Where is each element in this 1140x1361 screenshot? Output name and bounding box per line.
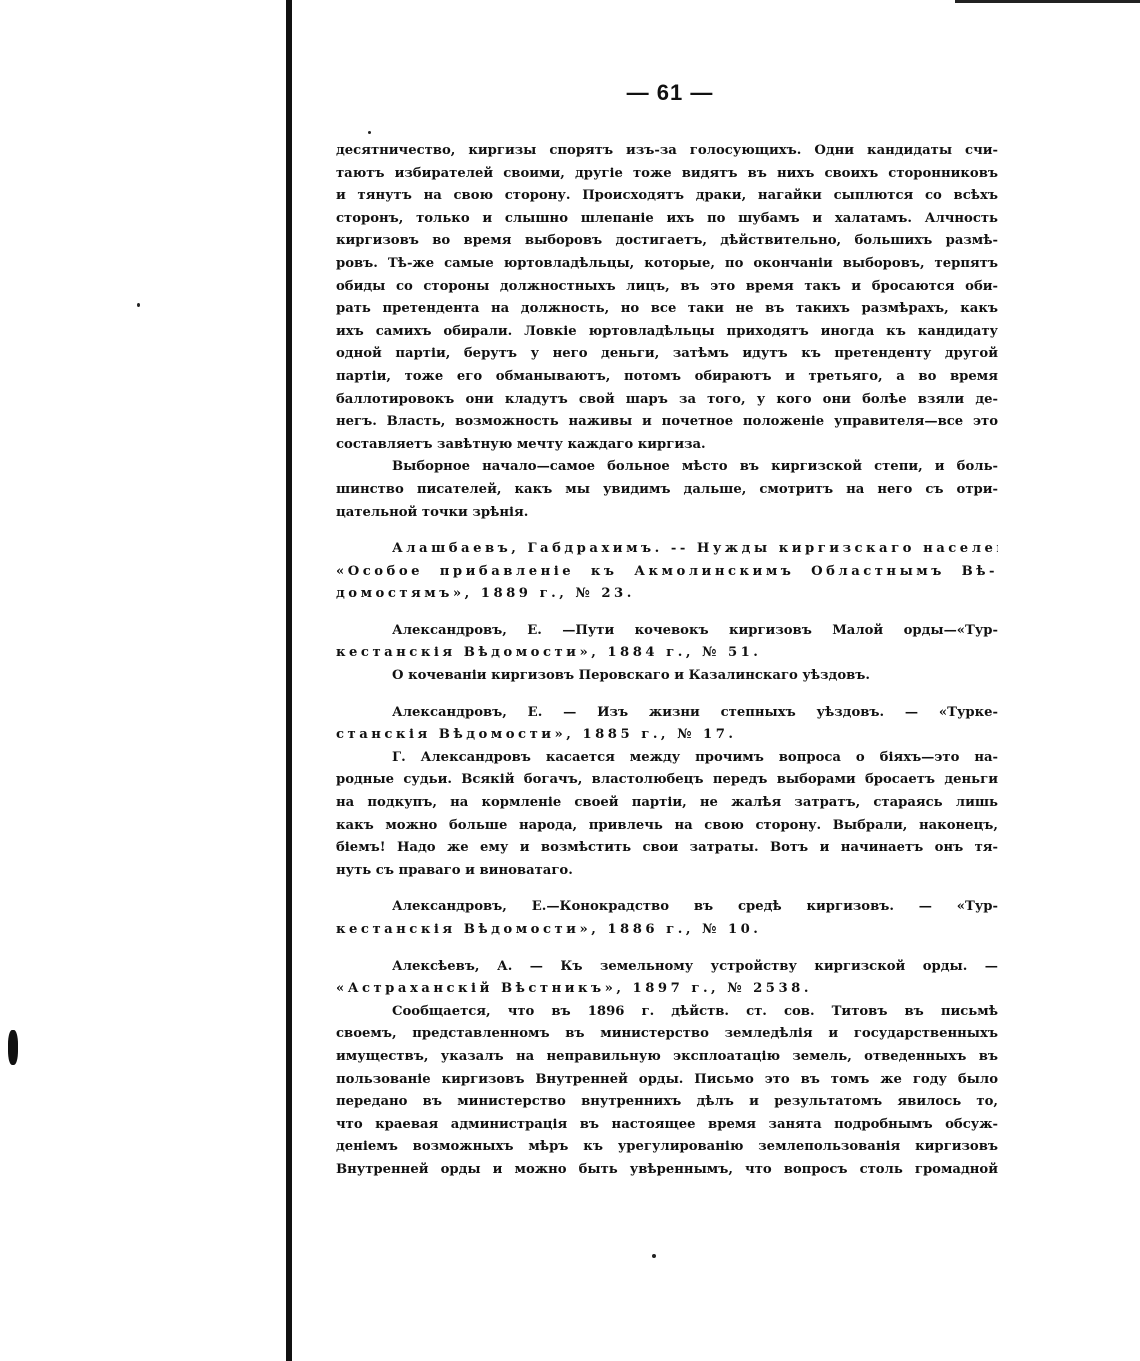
entry-annotation-line: О кочеваніи киргизовъ Перовскаго и Казал… <box>336 665 998 688</box>
text-line: Выборное начало—самое больное мѣсто въ к… <box>336 456 998 479</box>
entry-annotation-line: своемъ, представленномъ въ министерство … <box>336 1023 998 1046</box>
text-line: партіи, тоже его обманываютъ, потомъ оби… <box>336 366 998 389</box>
scan-speck <box>652 1254 656 1258</box>
page-number: — 61 — <box>560 80 780 106</box>
entry-annotation-line: родные судьи. Всякій богачъ, властолюбец… <box>336 769 998 792</box>
entry-annotation-line: что краевая администрація въ настоящее в… <box>336 1114 998 1137</box>
text-line: сторонъ, только и слышно шлепаніе ихъ по… <box>336 208 998 231</box>
entry-heading-line: Алашбаевъ, Габдрахимъ. -- Нужды киргизск… <box>336 538 998 561</box>
text-line: киргизовъ во время выборовъ достигаетъ, … <box>336 230 998 253</box>
entry-annotation-line: какъ можно больше народа, привлечь на св… <box>336 815 998 838</box>
text-line: составляетъ завѣтную мечту каждаго кирги… <box>336 434 998 457</box>
text-line: рать претендента на должность, но все та… <box>336 298 998 321</box>
entry-annotation-line: имуществъ, указалъ на неправильную экспл… <box>336 1046 998 1069</box>
entry-annotation-line: нуть съ праваго и виноватаго. <box>336 860 998 883</box>
bibliography-entry-aleksandrov-1886: Александровъ, Е.—Конокрадство въ средѣ к… <box>336 896 998 941</box>
entry-annotation-line: на подкупъ, на кормленіе своей партіи, н… <box>336 792 998 815</box>
entry-source-line: «Астраханскій Вѣстникъ», 1897 г., № 2538… <box>336 978 998 1001</box>
entry-source-line: «Особое прибавленіе къ Акмолинскимъ Обла… <box>336 561 998 584</box>
entry-source-line: кестанскія Вѣдомости», 1884 г., № 51. <box>336 642 998 665</box>
entry-heading-line: Алексѣевъ, А. — Къ земельному устройству… <box>336 956 998 979</box>
text-line: десятничество, киргизы спорятъ изъ-за го… <box>336 140 998 163</box>
entry-annotation-line: Сообщается, что въ 1896 г. дѣйств. ст. с… <box>336 1001 998 1024</box>
text-line: шинство писателей, какъ мы увидимъ дальш… <box>336 479 998 502</box>
bibliography-entry-alashbaev: Алашбаевъ, Габдрахимъ. -- Нужды киргизск… <box>336 538 998 606</box>
ink-blot <box>8 1030 18 1065</box>
text-line: ихъ самихъ обирали. Ловкіе юртовладѣльцы… <box>336 321 998 344</box>
page-body: десятничество, киргизы спорятъ изъ-за го… <box>336 140 998 1182</box>
entry-annotation-line: пользованіе киргизовъ Внутренней орды. П… <box>336 1069 998 1092</box>
entry-annotation-line: передано въ министерство внутреннихъ дѣл… <box>336 1091 998 1114</box>
text-line: таютъ избирателей своими, другіе тоже ви… <box>336 163 998 186</box>
entry-heading-line: Александровъ, Е.—Конокрадство въ средѣ к… <box>336 896 998 919</box>
text-line: одной партіи, берутъ у него деньги, затѣ… <box>336 343 998 366</box>
entry-heading-line: Александровъ, Е. —Пути кочевокъ киргизов… <box>336 620 998 643</box>
intro-paragraph: десятничество, киргизы спорятъ изъ-за го… <box>336 140 998 456</box>
entry-source-line: домостямъ», 1889 г., № 23. <box>336 583 998 606</box>
entry-heading-line: Александровъ, Е. — Изъ жизни степныхъ уѣ… <box>336 702 998 725</box>
text-line: обиды со стороны должностныхъ лицъ, въ э… <box>336 276 998 299</box>
text-line: и тянутъ на свою сторону. Происходятъ др… <box>336 185 998 208</box>
scan-speck <box>368 131 371 134</box>
scan-speck <box>137 303 140 307</box>
entry-annotation-line: Внутренней орды и можно быть увѣреннымъ,… <box>336 1159 998 1182</box>
entry-source-line: станскія Вѣдомости», 1885 г., № 17. <box>336 724 998 747</box>
entry-annotation-line: деніемъ возможныхъ мѣръ къ урегулировані… <box>336 1136 998 1159</box>
entry-annotation-line: біемъ! Надо же ему и возмѣстить свои зат… <box>336 837 998 860</box>
bibliography-entry-aleksandrov-1884: Александровъ, Е. —Пути кочевокъ киргизов… <box>336 620 998 688</box>
text-line: ровъ. Тѣ-же самые юртовладѣльцы, которые… <box>336 253 998 276</box>
bibliography-entry-aleksandrov-1885: Александровъ, Е. — Изъ жизни степныхъ уѣ… <box>336 702 998 883</box>
text-line: негъ. Власть, возможность наживы и почет… <box>336 411 998 434</box>
bibliography-entry-alekseev-1897: Алексѣевъ, А. — Къ земельному устройству… <box>336 956 998 1182</box>
entry-source-line: кестанскія Вѣдомости», 1886 г., № 10. <box>336 919 998 942</box>
closing-paragraph: Выборное начало—самое больное мѣсто въ к… <box>336 456 998 524</box>
text-line: баллотировокъ они кладутъ свой шаръ за т… <box>336 389 998 412</box>
text-line: цательной точки зрѣнія. <box>336 502 998 525</box>
entry-annotation-line: Г. Александровъ касается между прочимъ в… <box>336 747 998 770</box>
top-rule-fragment <box>955 0 1140 3</box>
binding-edge-line <box>286 0 292 1361</box>
